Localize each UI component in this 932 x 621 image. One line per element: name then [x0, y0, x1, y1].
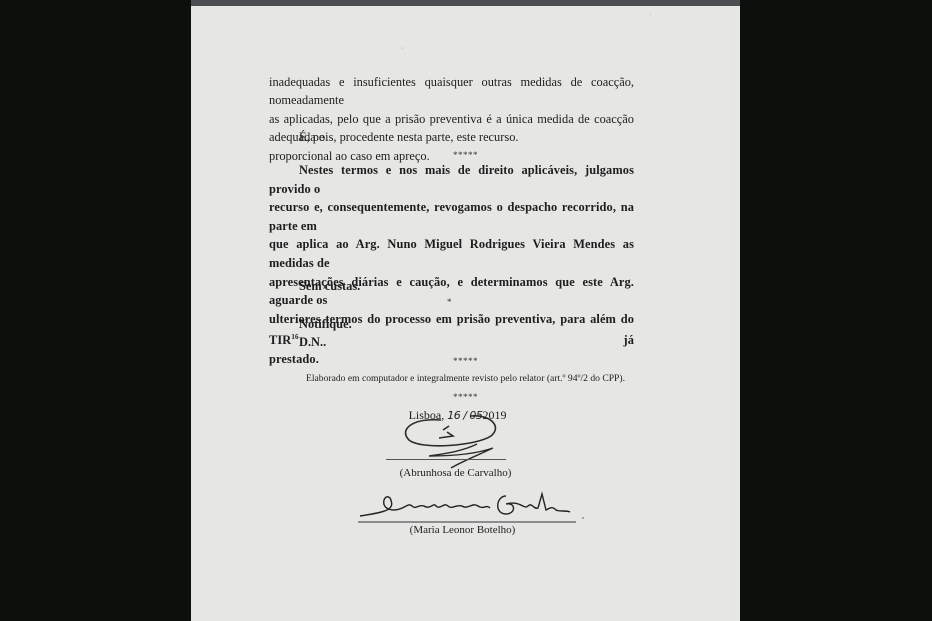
- costs-line: Sem custas.: [299, 277, 664, 295]
- paragraph-2: É, pois, procedente nesta parte, este re…: [299, 128, 664, 146]
- signature-botelho-icon: [356, 488, 586, 528]
- signature-line-1: [386, 459, 506, 460]
- footnote-reference[interactable]: 16: [291, 333, 298, 341]
- scan-speck: ˜: [401, 46, 404, 56]
- text-line: Nestes termos e nos mais de direito apli…: [269, 161, 634, 198]
- dn-line: D.N..: [299, 333, 664, 351]
- signatory-1-name: (Abrunhosa de Carvalho): [181, 467, 730, 479]
- elaborated-note: Elaborado em computador e integralmente …: [191, 373, 740, 384]
- separator-2: *****: [191, 356, 740, 366]
- text-line: recurso e, consequentemente, revogamos o…: [269, 198, 634, 235]
- signature-abrunhosa-icon: [381, 412, 531, 472]
- separator-single: *: [175, 297, 724, 307]
- text-line: inadequadas e insuficientes quaisquer ou…: [269, 73, 634, 110]
- separator-3: *****: [191, 392, 740, 402]
- text-line: que aplica ao Arg. Nuno Miguel Rodrigues…: [269, 235, 634, 272]
- notify-line: Notifique.: [299, 315, 664, 333]
- signatory-2-name: (Maria Leonor Botelho): [188, 524, 737, 536]
- separator-1: *****: [191, 150, 740, 160]
- scan-speck: ·: [649, 10, 652, 20]
- document-page: · ˜ inadequadas e insuficientes quaisque…: [191, 6, 740, 621]
